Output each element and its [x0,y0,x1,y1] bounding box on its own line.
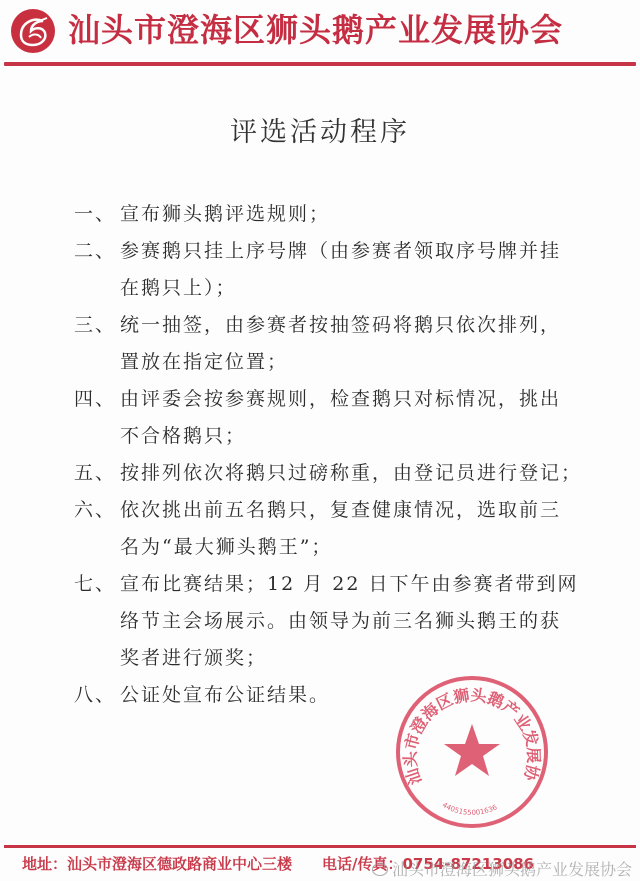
item-number: 二、 [74,233,120,307]
svg-text:4405155001636: 4405155001636 [441,801,499,817]
procedure-item: 二、参赛鹅只挂上序号牌（由参赛者领取序号牌并挂在鹅只上）； [74,233,574,307]
item-line: 由评委会按参赛规则，检查鹅只对标情况，挑出 [120,381,574,418]
item-text: 按排列依次将鹅只过磅称重，由登记员进行登记； [120,455,582,492]
item-line: 统一抽签，由参赛者按抽签码将鹅只依次排列， [120,307,574,344]
footer-divider [4,845,636,848]
item-line: 依次挑出前五名鹅只，复查健康情况，选取前三 [120,492,574,529]
procedure-item: 五、按排列依次将鹅只过磅称重，由登记员进行登记； [74,455,574,492]
address: 地址：汕头市澄海区德政路商业中心三楼 [22,855,292,873]
watermark-text: 汕头市澄海区狮头鹅产业发展协会 [392,860,632,879]
item-line: 按排列依次将鹅只过磅称重，由登记员进行登记； [120,455,582,492]
wechat-icon [372,863,388,876]
item-number: 五、 [74,455,120,492]
official-seal-icon: 汕头市澄海区狮头鹅产业发展协会 4405155001636 [392,672,552,832]
item-line: 宣布比赛结果；12 月 22 日下午由参赛者带到网 [120,566,578,603]
procedure-item: 四、由评委会按参赛规则，检查鹅只对标情况，挑出不合格鹅只； [74,381,574,455]
header-divider [4,62,636,66]
svg-text:汕头市澄海区狮头鹅产业发展协会: 汕头市澄海区狮头鹅产业发展协会 [392,672,543,787]
item-line: 不合格鹅只； [120,418,574,455]
item-line: 参赛鹅只挂上序号牌（由参赛者领取序号牌并挂 [120,233,574,270]
item-number: 四、 [74,381,120,455]
procedure-list: 一、宣布狮头鹅评选规则；二、参赛鹅只挂上序号牌（由参赛者领取序号牌并挂在鹅只上）… [74,196,574,714]
item-number: 六、 [74,492,120,566]
item-line: 宣布狮头鹅评选规则； [120,196,574,233]
item-text: 由评委会按参赛规则，检查鹅只对标情况，挑出不合格鹅只； [120,381,574,455]
item-line: 络节主会场展示。由领导为前三名狮头鹅王的获 [120,603,578,640]
procedure-item: 三、统一抽签，由参赛者按抽签码将鹅只依次排列，置放在指定位置； [74,307,574,381]
procedure-item: 七、宣布比赛结果；12 月 22 日下午由参赛者带到网络节主会场展示。由领导为前… [74,566,574,677]
item-text: 宣布比赛结果；12 月 22 日下午由参赛者带到网络节主会场展示。由领导为前三名… [120,566,578,677]
item-line: 置放在指定位置； [120,344,574,381]
document-title: 评选活动程序 [0,110,640,149]
item-number: 一、 [74,196,120,233]
organization-name: 汕头市澄海区狮头鹅产业发展协会 [68,8,563,52]
item-text: 宣布狮头鹅评选规则； [120,196,574,233]
procedure-item: 一、宣布狮头鹅评选规则； [74,196,574,233]
procedure-item: 六、依次挑出前五名鹅只，复查健康情况，选取前三名为“最大狮头鹅王”； [74,492,574,566]
wechat-watermark: 汕头市澄海区狮头鹅产业发展协会 [372,857,632,880]
item-number: 八、 [74,677,120,714]
letterhead: 汕头市澄海区狮头鹅产业发展协会 [0,0,640,66]
item-number: 七、 [74,566,120,677]
item-line: 名为“最大狮头鹅王”； [120,529,574,566]
item-text: 依次挑出前五名鹅只，复查健康情况，选取前三名为“最大狮头鹅王”； [120,492,574,566]
item-text: 参赛鹅只挂上序号牌（由参赛者领取序号牌并挂在鹅只上）； [120,233,574,307]
item-number: 三、 [74,307,120,381]
goose-logo-icon [11,9,55,53]
item-line: 在鹅只上）； [120,270,574,307]
item-text: 统一抽签，由参赛者按抽签码将鹅只依次排列，置放在指定位置； [120,307,574,381]
